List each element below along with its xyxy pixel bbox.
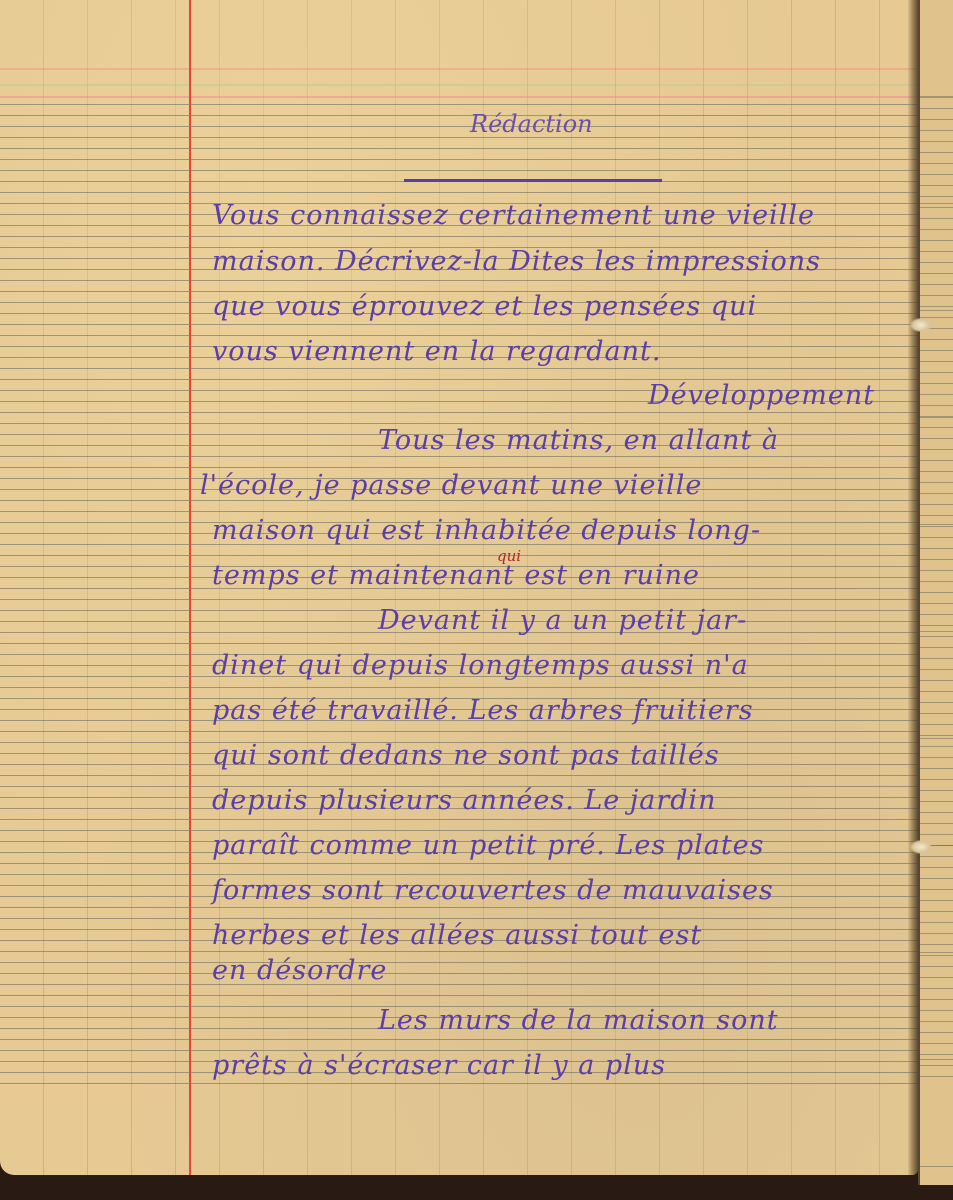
binding-fold bbox=[908, 0, 918, 1175]
body-line: en désordre bbox=[212, 955, 387, 986]
body-line: Tous les matins, en allant à bbox=[378, 425, 779, 456]
adjacent-page-edge bbox=[918, 0, 953, 1185]
correction-insertion: qui bbox=[497, 547, 521, 565]
body-line: formes sont recouvertes de mauvaises bbox=[212, 875, 774, 906]
subject-line: maison. Décrivez-la Dites les impression… bbox=[212, 246, 821, 277]
body-line: maison qui est inhabitée depuis long- bbox=[212, 515, 761, 546]
body-line: l'école, je passe devant une vieille bbox=[200, 470, 702, 501]
subject-line: vous viennent en la regardant. bbox=[212, 336, 661, 367]
body-line: depuis plusieurs années. Le jardin bbox=[212, 785, 717, 816]
body-line: temps et maintenant est en ruine bbox=[212, 560, 700, 591]
body-line: herbes et les allées aussi tout est bbox=[212, 920, 702, 951]
title-underline bbox=[404, 179, 662, 182]
paper-discoloration bbox=[0, 60, 918, 100]
body-line: pas été travaillé. Les arbres fruitiers bbox=[212, 695, 754, 726]
body-line: qui sont dedans ne sont pas taillés bbox=[212, 740, 720, 771]
body-line: paraît comme un petit pré. Les plates bbox=[212, 830, 765, 861]
body-line: Les murs de la maison sont bbox=[378, 1005, 779, 1036]
subject-line: que vous éprouvez et les pensées qui bbox=[212, 291, 757, 322]
document-title: Rédaction bbox=[470, 110, 593, 138]
red-margin-line bbox=[189, 0, 191, 1175]
adjacent-ruled-lines bbox=[920, 97, 953, 1085]
body-line: dinet qui depuis longtemps aussi n'a bbox=[212, 650, 749, 681]
body-line: prêts à s'écraser car il y a plus bbox=[212, 1050, 666, 1081]
body-line: Devant il y a un petit jar- bbox=[378, 605, 747, 636]
section-heading: Développement bbox=[648, 380, 875, 411]
notebook-page: Rédaction Vous connaissez certainement u… bbox=[0, 0, 918, 1175]
staple-icon bbox=[910, 318, 932, 332]
staple-icon bbox=[910, 840, 932, 854]
subject-line: Vous connaissez certainement une vieille bbox=[212, 200, 815, 231]
